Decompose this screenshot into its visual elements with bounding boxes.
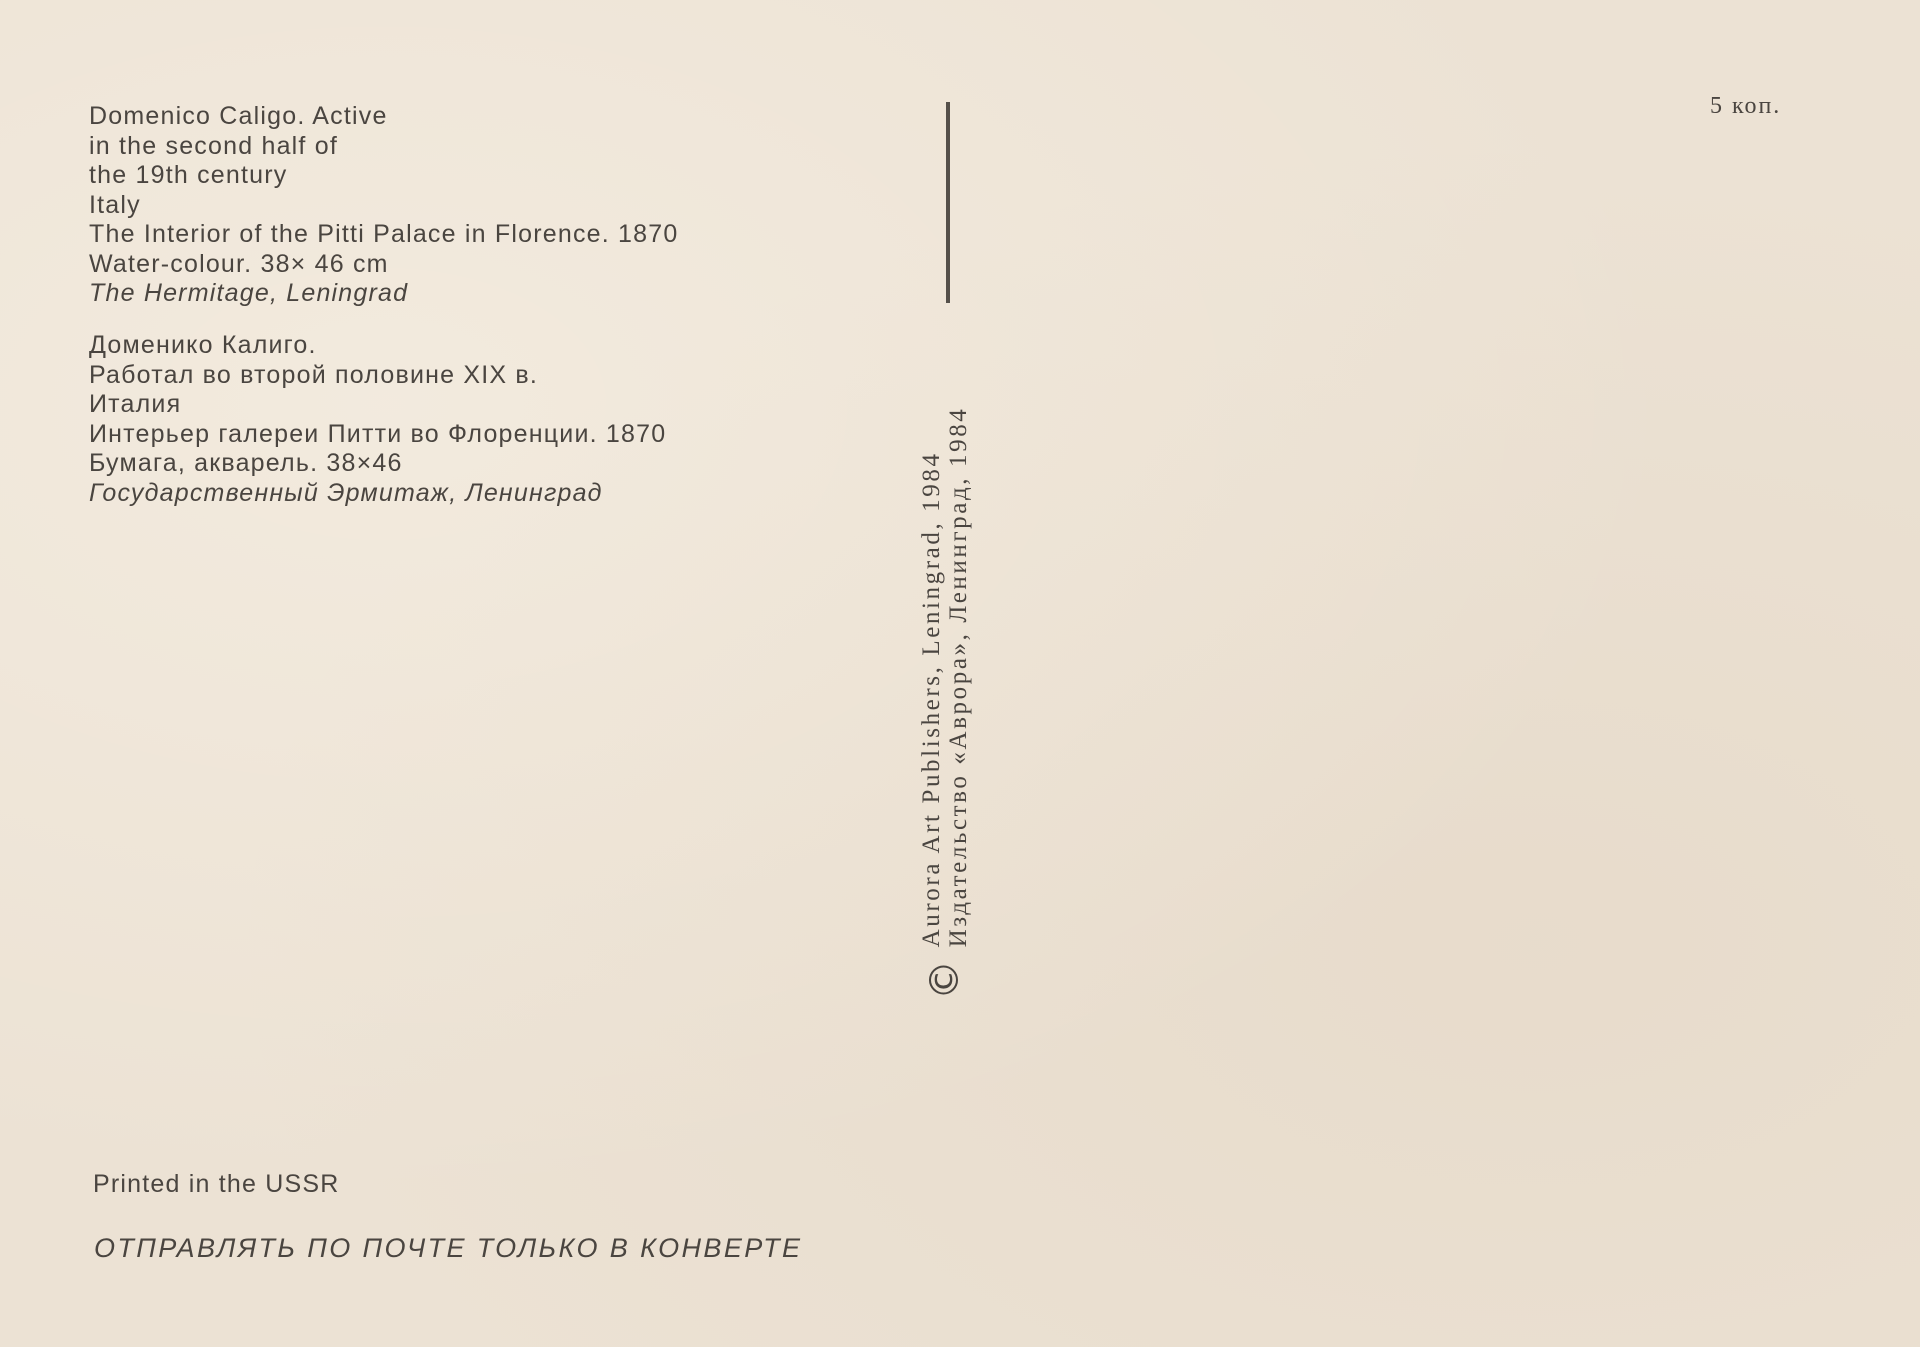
caption-line: in the second half of	[89, 132, 678, 162]
publisher-line-ru: Издательство «Аврора», Ленинград, 1984	[945, 407, 972, 948]
mailing-instruction: ОТПРАВЛЯТЬ ПО ПОЧТЕ ТОЛЬКО В КОНВЕРТЕ	[94, 1233, 802, 1264]
caption-line: Италия	[89, 390, 666, 420]
publisher-imprint: © Aurora Art Publishers, Leningrad, 1984…	[918, 407, 972, 1000]
caption-line: Italy	[89, 191, 678, 221]
caption-line: The Interior of the Pitti Palace in Flor…	[89, 220, 678, 250]
vertical-divider	[946, 102, 950, 303]
publisher-line-en: Aurora Art Publishers, Leningrad, 1984	[918, 407, 945, 948]
caption-line: Интерьер галереи Питти во Флоренции. 187…	[89, 420, 666, 450]
museum-name-en: The Hermitage, Leningrad	[89, 279, 678, 309]
russian-caption: Доменико Калиго. Работал во второй полов…	[89, 331, 666, 508]
printed-in-label: Printed in the USSR	[93, 1170, 340, 1199]
museum-name-ru: Государственный Эрмитаж, Ленинград	[89, 479, 666, 509]
price-label: 5 коп.	[1710, 93, 1781, 120]
english-caption: Domenico Caligo. Active in the second ha…	[89, 102, 678, 309]
caption-line: the 19th century	[89, 161, 678, 191]
caption-line: Water-colour. 38× 46 cm	[89, 250, 678, 280]
caption-line: Domenico Caligo. Active	[89, 102, 678, 132]
caption-line: Работал во второй половине XIX в.	[89, 361, 666, 391]
copyright-icon: ©	[925, 957, 965, 1000]
caption-line: Бумага, акварель. 38×46	[89, 449, 666, 479]
caption-line: Доменико Калиго.	[89, 331, 666, 361]
